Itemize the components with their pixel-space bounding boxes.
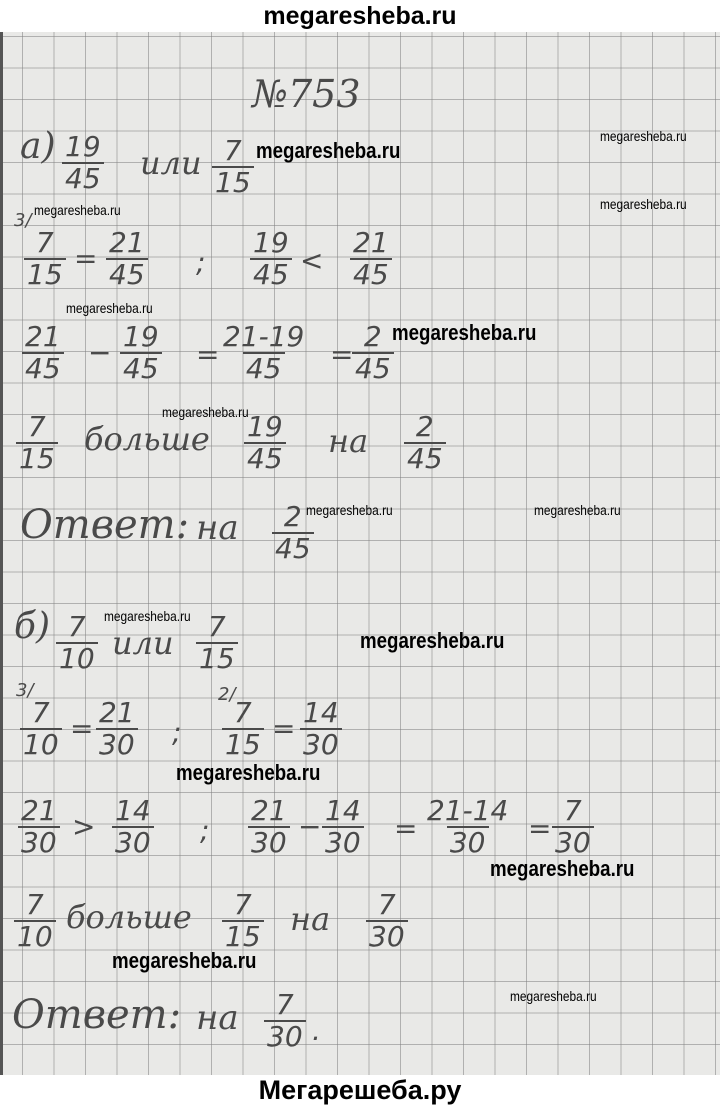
equals-sign: = — [70, 712, 93, 745]
word-na: на — [328, 422, 368, 460]
watermark: megaresheba.ru — [162, 404, 249, 420]
numerator: 19 — [120, 322, 162, 352]
watermark: megaresheba.ru — [66, 300, 153, 316]
denominator: 45 — [404, 442, 446, 474]
word-bolshe: больше — [84, 420, 210, 458]
word-ili: или — [140, 144, 202, 182]
numerator: 21 — [106, 228, 148, 258]
fraction: 715 — [222, 698, 264, 760]
fraction: 21-1430 — [424, 796, 511, 858]
numerator: 21-14 — [424, 796, 511, 826]
numerator: 19 — [244, 412, 286, 442]
watermark: megaresheba.ru — [600, 128, 687, 144]
watermark: megaresheba.ru — [360, 628, 504, 654]
watermark: megaresheba.ru — [600, 196, 687, 212]
watermark: megaresheba.ru — [392, 320, 536, 346]
denominator: 45 — [22, 352, 64, 384]
fraction: 710 — [14, 890, 56, 952]
equals-sign: = — [394, 812, 417, 845]
numerator: 2 — [281, 502, 305, 532]
separator: ; — [172, 716, 181, 749]
watermark: megaresheba.ru — [34, 202, 121, 218]
denominator: 30 — [300, 728, 342, 760]
fraction: 710 — [20, 698, 62, 760]
denominator: 30 — [264, 1020, 306, 1052]
less-than-sign: < — [300, 244, 323, 277]
answer-label: Ответ: — [20, 502, 189, 548]
numerator: 7 — [65, 612, 89, 642]
notebook-page: №753 а) 1945 или 715 3/ 715 = 2145 ; 194… — [0, 32, 720, 1075]
fraction: 730 — [366, 890, 408, 952]
denominator: 30 — [552, 826, 594, 858]
watermark: megaresheba.ru — [112, 948, 256, 974]
fraction: 1945 — [250, 228, 292, 290]
fraction: 1430 — [300, 698, 342, 760]
fraction: 1430 — [112, 796, 154, 858]
equals-sign: = — [330, 338, 353, 371]
denominator: 15 — [212, 166, 254, 198]
denominator: 45 — [120, 352, 162, 384]
denominator: 30 — [366, 920, 408, 952]
numerator: 19 — [62, 132, 104, 162]
fraction: 2130 — [96, 698, 138, 760]
numerator: 21 — [22, 322, 64, 352]
fraction: 245 — [404, 412, 446, 474]
numerator: 7 — [29, 698, 53, 728]
greater-than-sign: > — [72, 810, 95, 843]
denominator: 45 — [272, 532, 314, 564]
denominator: 45 — [250, 258, 292, 290]
site-footer[interactable]: Мегарешеба.ру — [0, 1070, 720, 1110]
answer-fraction: 730 — [264, 990, 306, 1052]
word-na: на — [196, 508, 239, 548]
denominator: 15 — [196, 642, 238, 674]
equals-sign: = — [272, 712, 295, 745]
watermark: megaresheba.ru — [176, 760, 320, 786]
fraction: 1945 — [120, 322, 162, 384]
fraction: 715 — [16, 412, 58, 474]
denominator: 15 — [222, 728, 264, 760]
word-na: на — [290, 900, 330, 938]
denominator: 30 — [96, 728, 138, 760]
numerator: 7 — [23, 890, 47, 920]
denominator: 10 — [14, 920, 56, 952]
numerator: 7 — [231, 890, 255, 920]
fraction: 730 — [552, 796, 594, 858]
numerator: 7 — [25, 412, 49, 442]
numerator: 21 — [18, 796, 60, 826]
fraction: 715 — [24, 228, 66, 290]
problem-number: №753 — [252, 72, 361, 116]
numerator: 21 — [248, 796, 290, 826]
word-bolshe: больше — [66, 898, 192, 936]
equals-sign: = — [196, 338, 219, 371]
denominator: 45 — [243, 352, 285, 384]
separator: ; — [200, 814, 209, 847]
fraction: 1430 — [322, 796, 364, 858]
fraction: 710 — [56, 612, 98, 674]
numerator: 7 — [221, 136, 245, 166]
denominator: 30 — [112, 826, 154, 858]
fraction: 1945 — [62, 132, 104, 194]
separator: ; — [196, 246, 205, 279]
denominator: 45 — [244, 442, 286, 474]
denominator: 45 — [352, 352, 394, 384]
numerator: 21-19 — [220, 322, 307, 352]
denominator: 15 — [24, 258, 66, 290]
site-header[interactable]: megaresheba.ru — [0, 0, 720, 34]
fraction: 715 — [222, 890, 264, 952]
numerator: 19 — [250, 228, 292, 258]
equals-sign: = — [74, 242, 97, 275]
fraction: 2130 — [18, 796, 60, 858]
numerator: 7 — [273, 990, 297, 1020]
watermark: megaresheba.ru — [510, 988, 597, 1004]
denominator: 30 — [322, 826, 364, 858]
numerator: 7 — [205, 612, 229, 642]
word-na: на — [196, 998, 239, 1038]
denominator: 30 — [18, 826, 60, 858]
numerator: 14 — [112, 796, 154, 826]
watermark: megaresheba.ru — [534, 502, 621, 518]
minus-sign: − — [298, 810, 321, 843]
numerator: 7 — [561, 796, 585, 826]
numerator: 7 — [375, 890, 399, 920]
watermark: megaresheba.ru — [104, 608, 191, 624]
numerator: 21 — [350, 228, 392, 258]
denominator: 45 — [62, 162, 104, 194]
denominator: 45 — [350, 258, 392, 290]
numerator: 2 — [361, 322, 385, 352]
fraction: 2145 — [106, 228, 148, 290]
fraction: 715 — [196, 612, 238, 674]
part-a-label: а) — [20, 126, 56, 167]
fraction: 21-1945 — [220, 322, 307, 384]
numerator: 7 — [231, 698, 255, 728]
answer-label: Ответ: — [12, 992, 181, 1038]
denominator: 45 — [106, 258, 148, 290]
denominator: 10 — [56, 642, 98, 674]
fraction: 245 — [352, 322, 394, 384]
fraction: 1945 — [244, 412, 286, 474]
numerator: 7 — [33, 228, 57, 258]
fraction: 2130 — [248, 796, 290, 858]
denominator: 10 — [20, 728, 62, 760]
numerator: 21 — [96, 698, 138, 728]
watermark: megaresheba.ru — [490, 856, 634, 882]
word-ili: или — [112, 624, 174, 662]
denominator: 30 — [248, 826, 290, 858]
denominator: 30 — [447, 826, 489, 858]
period: . — [312, 1014, 321, 1047]
fraction: 2145 — [22, 322, 64, 384]
fraction: 2145 — [350, 228, 392, 290]
watermark: megaresheba.ru — [306, 502, 393, 518]
part-b-label: б) — [14, 606, 50, 647]
fraction: 715 — [212, 136, 254, 198]
numerator: 14 — [300, 698, 342, 728]
denominator: 15 — [16, 442, 58, 474]
equals-sign: = — [528, 812, 551, 845]
numerator: 14 — [322, 796, 364, 826]
minus-sign: − — [88, 336, 111, 369]
watermark: megaresheba.ru — [256, 138, 400, 164]
numerator: 2 — [413, 412, 437, 442]
